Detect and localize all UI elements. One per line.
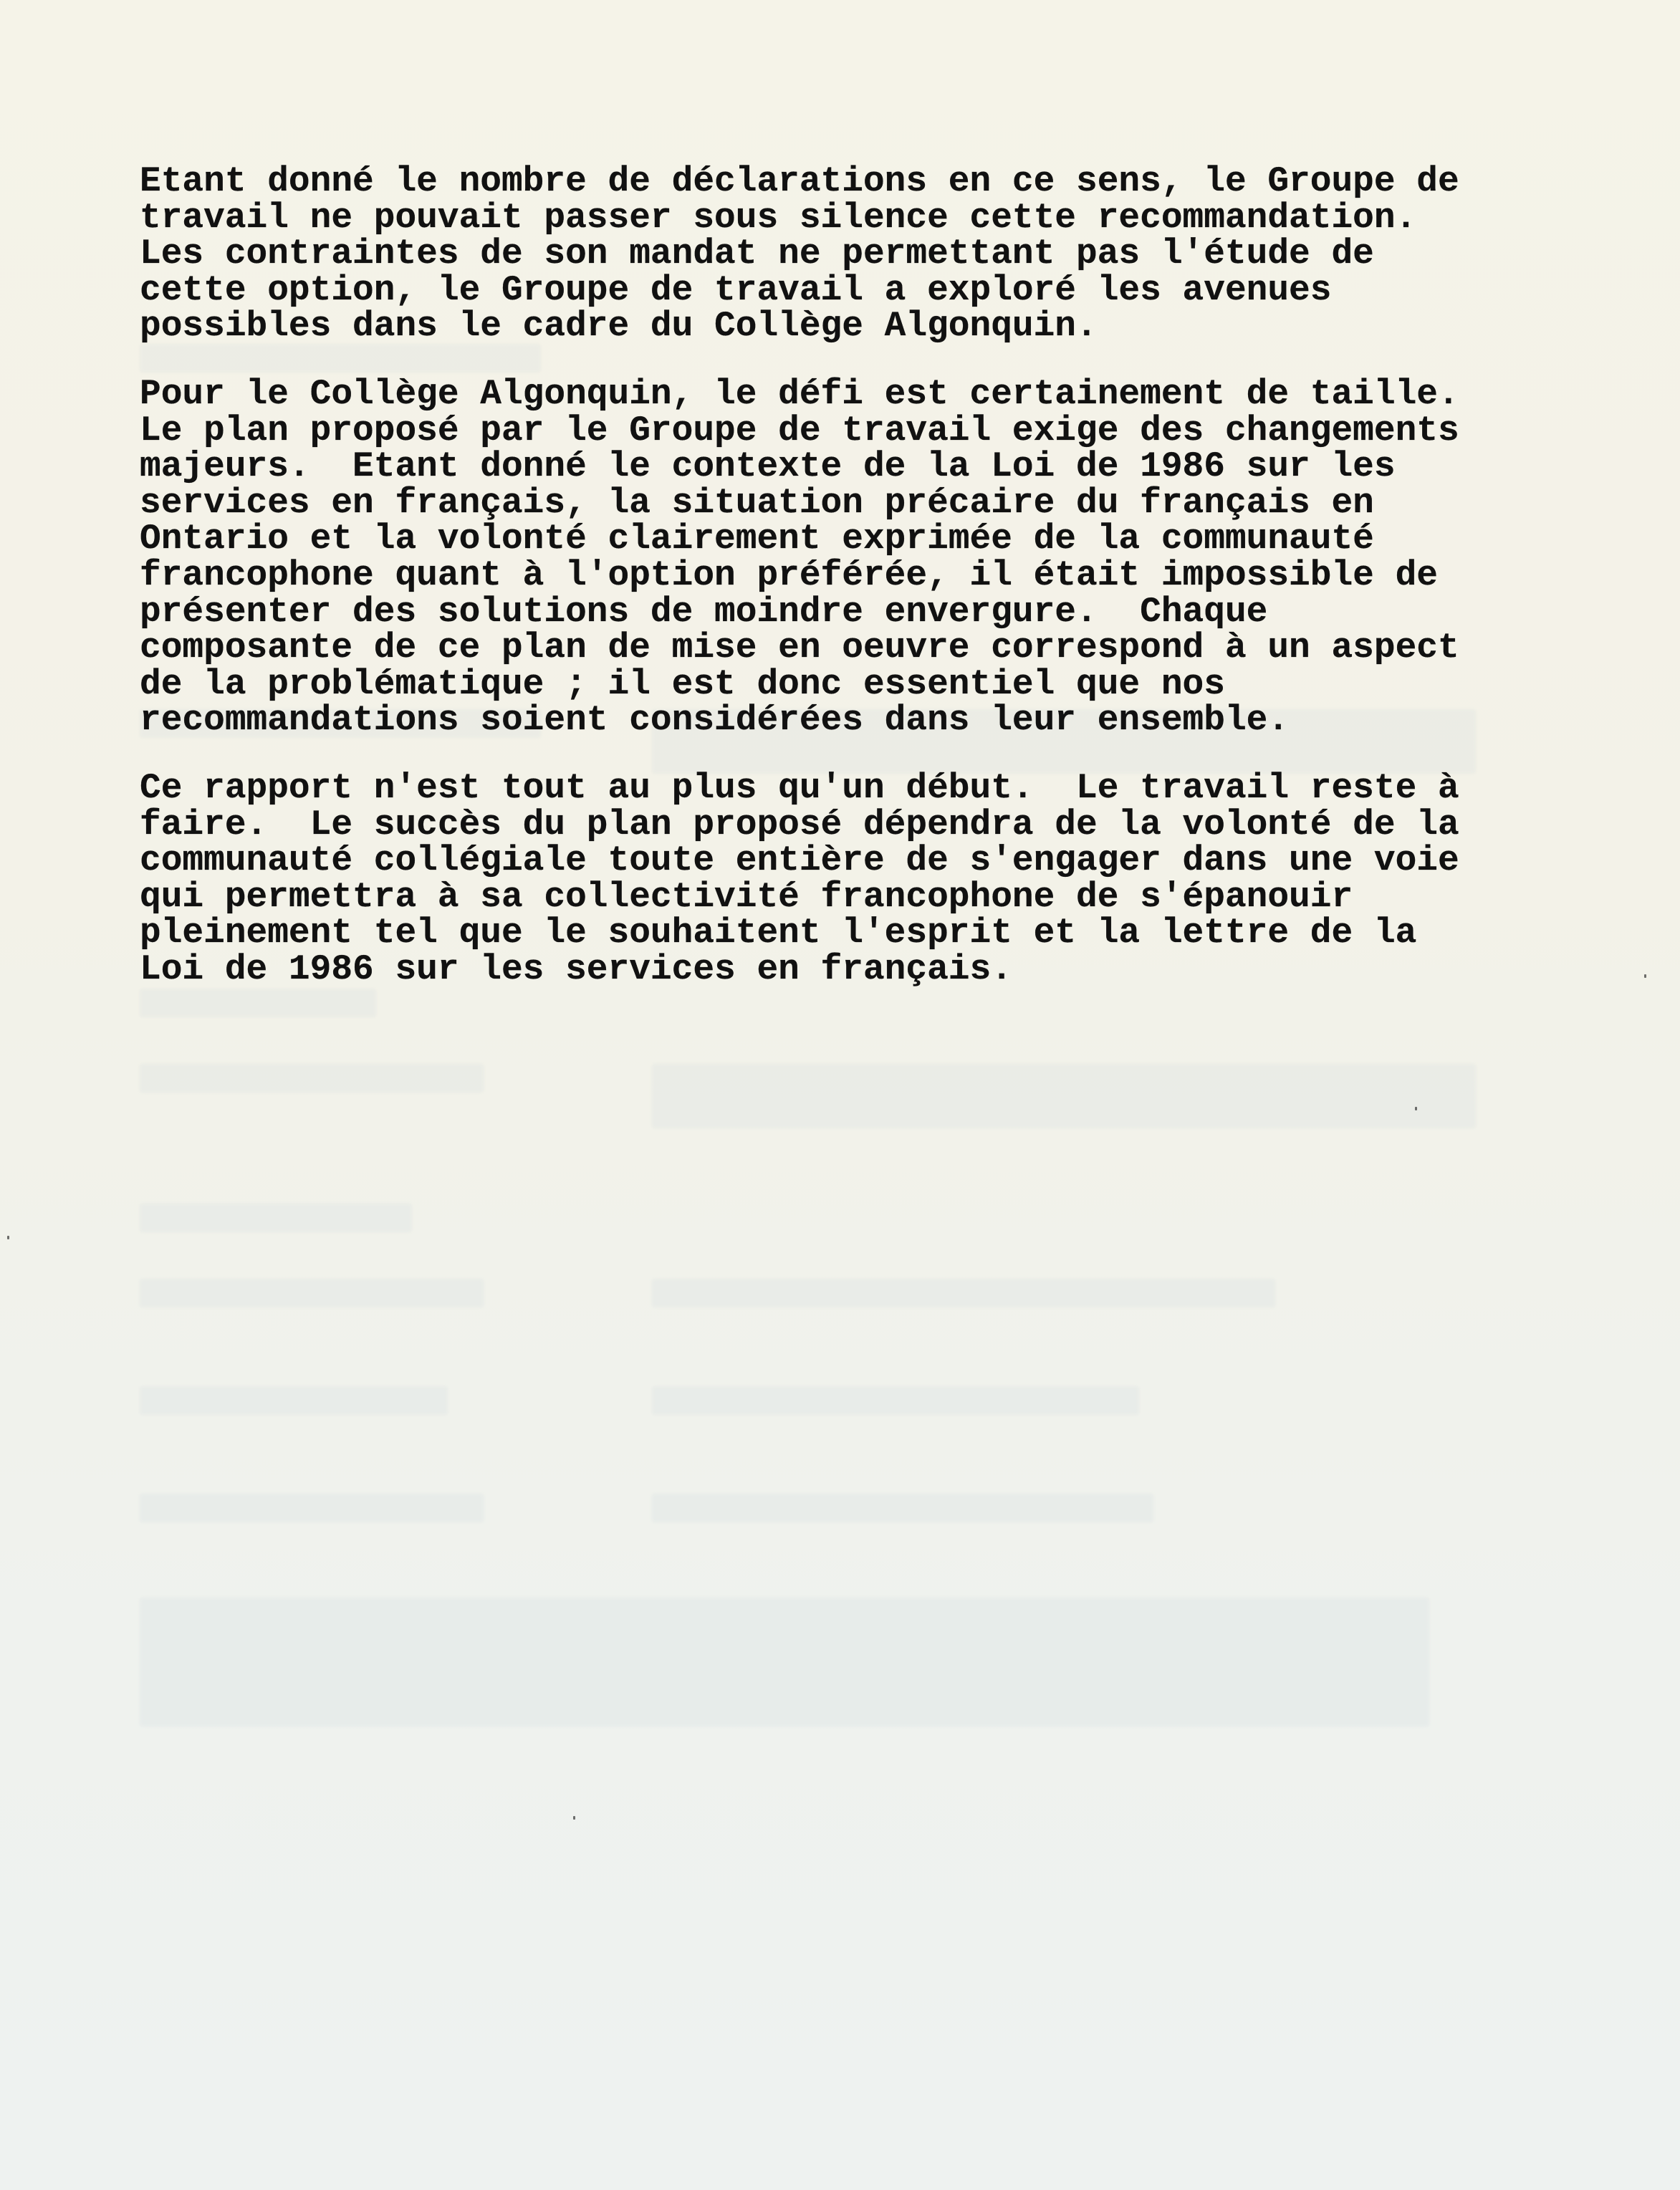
text-line: communauté collégiale toute entière de s…	[140, 842, 1544, 879]
bleed-through-mark	[140, 1064, 484, 1092]
text-line: Etant donné le nombre de déclarations en…	[140, 163, 1544, 200]
paragraph-1: Etant donné le nombre de déclarations en…	[140, 163, 1544, 345]
text-line: Ce rapport n'est tout au plus qu'un débu…	[140, 770, 1544, 807]
bleed-through-mark	[140, 1279, 484, 1307]
paragraph-2: Pour le Collège Algonquin, le défi est c…	[140, 376, 1544, 739]
text-line: pleinement tel que le souhaitent l'espri…	[140, 915, 1544, 951]
scan-speck	[7, 1236, 9, 1239]
text-line: qui permettra à sa collectivité francoph…	[140, 879, 1544, 916]
text-line: services en français, la situation préca…	[140, 485, 1544, 522]
text-line: Les contraintes de son mandat ne permett…	[140, 236, 1544, 272]
paragraph-3: Ce rapport n'est tout au plus qu'un débu…	[140, 770, 1544, 988]
text-line: présenter des solutions de moindre enver…	[140, 594, 1544, 630]
text-line: faire. Le succès du plan proposé dépendr…	[140, 807, 1544, 843]
text-line: Pour le Collège Algonquin, le défi est c…	[140, 376, 1544, 413]
text-line: de la problématique ; il est donc essent…	[140, 666, 1544, 703]
scan-speck	[573, 1816, 575, 1820]
bleed-through-mark	[652, 1494, 1153, 1522]
text-line: composante de ce plan de mise en oeuvre …	[140, 630, 1544, 666]
text-line: francophone quant à l'option préférée, i…	[140, 557, 1544, 594]
text-line: travail ne pouvait passer sous silence c…	[140, 200, 1544, 236]
bleed-through-mark	[652, 1386, 1139, 1415]
document-body: Etant donné le nombre de déclarations en…	[140, 163, 1544, 1019]
text-line: Ontario et la volonté clairement exprimé…	[140, 521, 1544, 557]
bleed-through-mark	[652, 1064, 1476, 1128]
text-line: cette option, le Groupe de travail a exp…	[140, 272, 1544, 309]
bleed-through-mark	[652, 1279, 1275, 1307]
scan-speck	[1415, 1107, 1417, 1110]
text-line: recommandations soient considérées dans …	[140, 702, 1544, 739]
text-line: Le plan proposé par le Groupe de travail…	[140, 413, 1544, 449]
bleed-through-mark	[140, 1204, 412, 1232]
text-line: majeurs. Etant donné le contexte de la L…	[140, 448, 1544, 485]
text-line: Loi de 1986 sur les services en français…	[140, 951, 1544, 988]
bleed-through-mark	[140, 1386, 448, 1415]
scan-speck	[1644, 974, 1646, 978]
scanned-page: Etant donné le nombre de déclarations en…	[0, 0, 1680, 2190]
text-line: possibles dans le cadre du Collège Algon…	[140, 308, 1544, 345]
bleed-through-mark	[140, 1598, 1429, 1726]
bleed-through-mark	[140, 1494, 484, 1522]
